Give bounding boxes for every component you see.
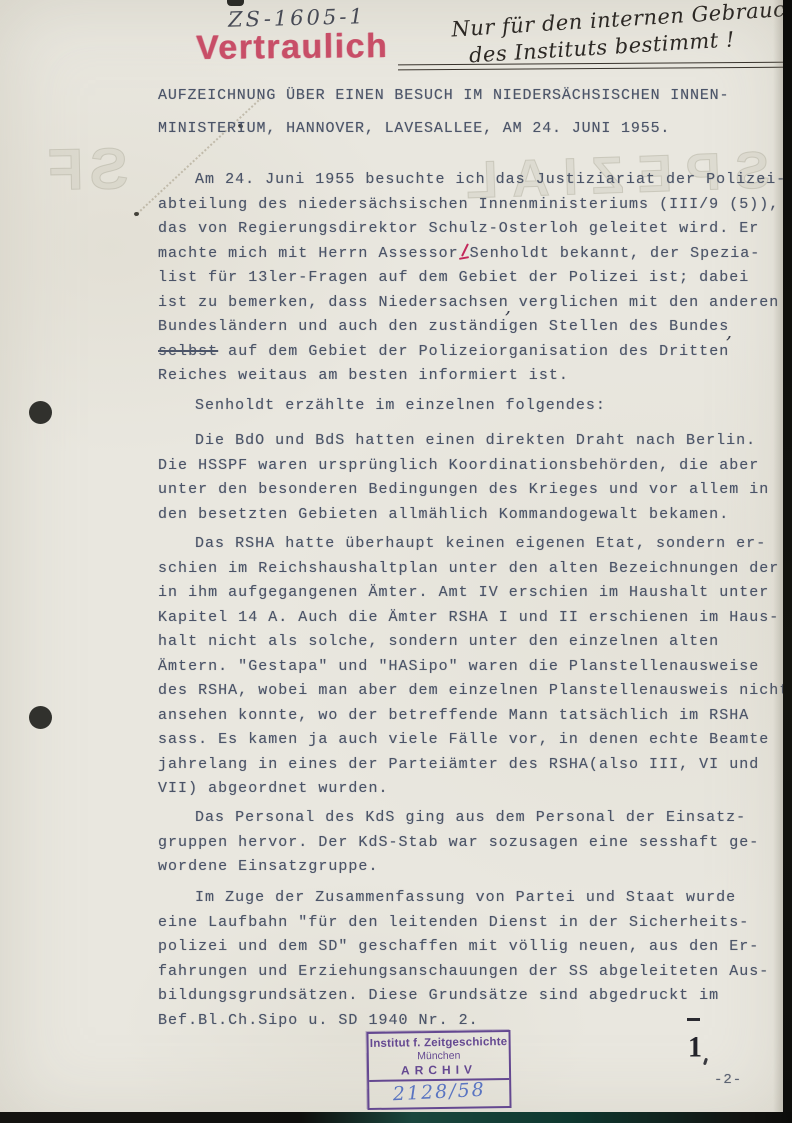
hole-punch <box>29 706 52 729</box>
confidential-stamp: Vertraulich <box>196 27 389 68</box>
archive-stamp: Institut f. Zeitgeschichte München ARCHI… <box>366 1030 511 1110</box>
typed-line: Am 24. Juni 1955 besuchte ich das Justiz… <box>158 168 786 193</box>
typed-line: VII) abgeordnet wurden. <box>158 777 789 802</box>
scanned-document-page: SF SPEZIAL ZS-1605-1 Vertraulich Nur für… <box>0 0 792 1123</box>
typed-line: Das Personal des KdS ging aus dem Person… <box>158 806 759 831</box>
archive-stamp-archiv: ARCHIV <box>369 1062 509 1078</box>
handwritten-comma: , <box>505 296 511 318</box>
paper-edge-shadow <box>773 0 783 1123</box>
bleedthrough-text-left: SF <box>41 135 128 203</box>
page-number: 1 <box>688 1031 702 1065</box>
typed-line: Bundesländern und auch den zuständigen S… <box>158 315 786 340</box>
typed-line: abteilung des niedersächsischen Innenmin… <box>158 193 786 218</box>
document-title-line: AUFZEICHNUNG ÜBER EINEN BESUCH IM NIEDER… <box>158 84 729 108</box>
red-insertion-mark <box>459 244 470 259</box>
typed-line: Im Zuge der Zusammenfassung von Partei u… <box>158 886 769 911</box>
paragraph: Am 24. Juni 1955 besuchte ich das Justiz… <box>158 168 786 389</box>
typed-line: Kapitel 14 A. Auch die Ämter RSHA I und … <box>158 606 789 631</box>
typed-text: Senholdt bekannt, der Spezia- <box>470 245 761 262</box>
paragraph: Senholdt erzählte im einzelnen folgendes… <box>158 394 606 419</box>
typed-line: Die HSSPF waren ursprünglich Koordinatio… <box>158 454 769 479</box>
typed-line: Das RSHA hatte überhaupt keinen eigenen … <box>158 532 789 557</box>
typed-line: Senholdt erzählte im einzelnen folgendes… <box>158 394 606 419</box>
typed-line: machte mich mit Herrn AssessorSenholdt b… <box>158 242 786 267</box>
archive-stamp-institute: Institut f. Zeitgeschichte <box>369 1036 509 1050</box>
ink-speck <box>703 1058 708 1066</box>
paragraph: Die BdO und BdS hatten einen direkten Dr… <box>158 429 769 527</box>
paragraph: Das RSHA hatte überhaupt keinen eigenen … <box>158 532 789 802</box>
typed-line: polizei und dem SD" geschaffen mit völli… <box>158 935 769 960</box>
scan-border-right <box>783 0 792 1123</box>
document-title-line: MINISTERIUM, HANNOVER, LAVESALLEE, AM 24… <box>158 117 670 141</box>
typed-line: schien im Reichshaushaltplan unter den a… <box>158 557 789 582</box>
typed-line: den besetzten Gebieten allmählich Komman… <box>158 503 769 528</box>
typed-line: selbst auf dem Gebiet der Polizeiorganis… <box>158 340 786 365</box>
typed-line: jahrelang in eines der Parteiämter des R… <box>158 753 789 778</box>
hole-punch <box>29 401 52 424</box>
typed-line: eine Laufbahn "für den leitenden Dienst … <box>158 911 769 936</box>
typed-line: bildungsgrundsätzen. Diese Grundsätze si… <box>158 984 769 1009</box>
archive-stamp-number: 2128/58 <box>369 1078 510 1107</box>
typed-line: Bef.Bl.Ch.Sipo u. SD 1940 Nr. 2. <box>158 1009 769 1034</box>
typed-line: Die BdO und BdS hatten einen direkten Dr… <box>158 429 769 454</box>
scan-edge-mark <box>227 0 244 6</box>
typed-line: das von Regierungsdirektor Schulz-Osterl… <box>158 217 786 242</box>
typed-line: ist zu bemerken, dass Niedersachsen verg… <box>158 291 786 316</box>
typed-line: unter den besonderen Bedingungen des Kri… <box>158 478 769 503</box>
typed-line: Reiches weitaus am besten informiert ist… <box>158 364 786 389</box>
typed-line: in ihm aufgegangenen Ämter. Amt IV ersch… <box>158 581 789 606</box>
typed-line: list für 13ler-Fragen auf dem Gebiet der… <box>158 266 786 291</box>
typed-line: gruppen hervor. Der KdS-Stab war sozusag… <box>158 831 759 856</box>
dash-mark <box>687 1018 700 1021</box>
typed-line: des RSHA, wobei man aber dem einzelnen P… <box>158 679 789 704</box>
typed-line: wordene Einsatzgruppe. <box>158 855 759 880</box>
typed-text: auf dem Gebiet der Polizeiorganisation d… <box>228 343 729 360</box>
typed-line: halt nicht als solche, sondern unter den… <box>158 630 789 655</box>
typed-line: Ämtern. "Gestapa" und "HASipo" waren die… <box>158 655 789 680</box>
scan-border-bottom <box>0 1112 792 1123</box>
typed-line: ansehen konnte, wo der betreffende Mann … <box>158 704 789 729</box>
handwritten-note: Nur für den internen Gebrauch des Instit… <box>451 0 792 70</box>
typed-text: machte mich mit Herrn Assessor <box>158 245 459 262</box>
handwritten-comma: , <box>726 321 732 343</box>
next-page-marker: -2- <box>714 1072 742 1088</box>
paragraph: Das Personal des KdS ging aus dem Person… <box>158 806 759 880</box>
typed-line: sass. Es kamen ja auch viele Fälle vor, … <box>158 728 789 753</box>
paragraph: Im Zuge der Zusammenfassung von Partei u… <box>158 886 769 1033</box>
ink-speck <box>134 212 139 216</box>
typed-line: fahrungen und Erziehungsanschauungen der… <box>158 960 769 985</box>
archive-stamp-city: München <box>369 1049 509 1063</box>
struck-word: selbst <box>158 343 218 360</box>
